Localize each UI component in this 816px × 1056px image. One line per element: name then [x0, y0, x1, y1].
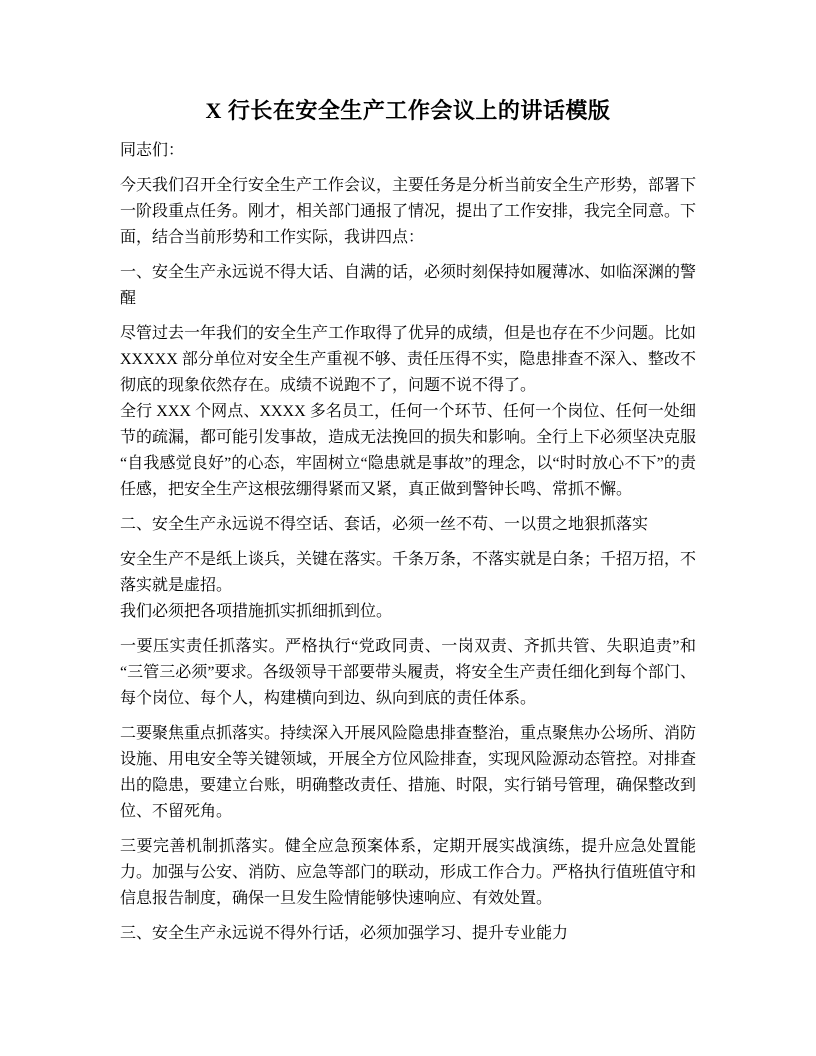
document-title: X 行长在安全生产工作会议上的讲话模版 — [120, 96, 696, 126]
document-page: X 行长在安全生产工作会议上的讲话模版 同志们：今天我们召开全行安全生产工作会议… — [0, 0, 816, 1056]
body-paragraph: 三要完善机制抓落实。健全应急预案体系，定期开展实战演练，提升应急处置能力。加强与… — [120, 834, 696, 912]
body-paragraph: 我们必须把各项措施抓实抓细抓到位。 — [120, 599, 696, 625]
body-paragraph: 今天我们召开全行安全生产工作会议，主要任务是分析当前安全生产形势，部署下一阶段重… — [120, 173, 696, 251]
body-paragraph: 全行 XXX 个网点、XXXX 多名员工，任何一个环节、任何一个岗位、任何一处细… — [120, 399, 696, 503]
body-paragraph: 二要聚焦重点抓落实。持续深入开展风险隐患排查整治，重点聚焦办公场所、消防设施、用… — [120, 721, 696, 825]
section-heading: 一、安全生产永远说不得大话、自满的话，必须时刻保持如履薄冰、如临深渊的警醒 — [120, 260, 696, 312]
salutation: 同志们： — [120, 138, 696, 164]
body-paragraph: 安全生产不是纸上谈兵，关键在落实。千条万条，不落实就是白条；千招万招，不落实就是… — [120, 547, 696, 599]
section-heading: 二、安全生产永远说不得空话、套话，必须一丝不苟、一以贯之地狠抓落实 — [120, 512, 696, 538]
body-paragraph: 一要压实责任抓落实。严格执行“党政同责、一岗双责、齐抓共管、失职追责”和“三管三… — [120, 634, 696, 712]
document-body: 同志们：今天我们召开全行安全生产工作会议，主要任务是分析当前安全生产形势，部署下… — [120, 138, 696, 947]
section-heading: 三、安全生产永远说不得外行话，必须加强学习、提升专业能力 — [120, 921, 696, 947]
body-paragraph: 尽管过去一年我们的安全生产工作取得了优异的成绩，但是也存在不少问题。比如 XXX… — [120, 321, 696, 399]
